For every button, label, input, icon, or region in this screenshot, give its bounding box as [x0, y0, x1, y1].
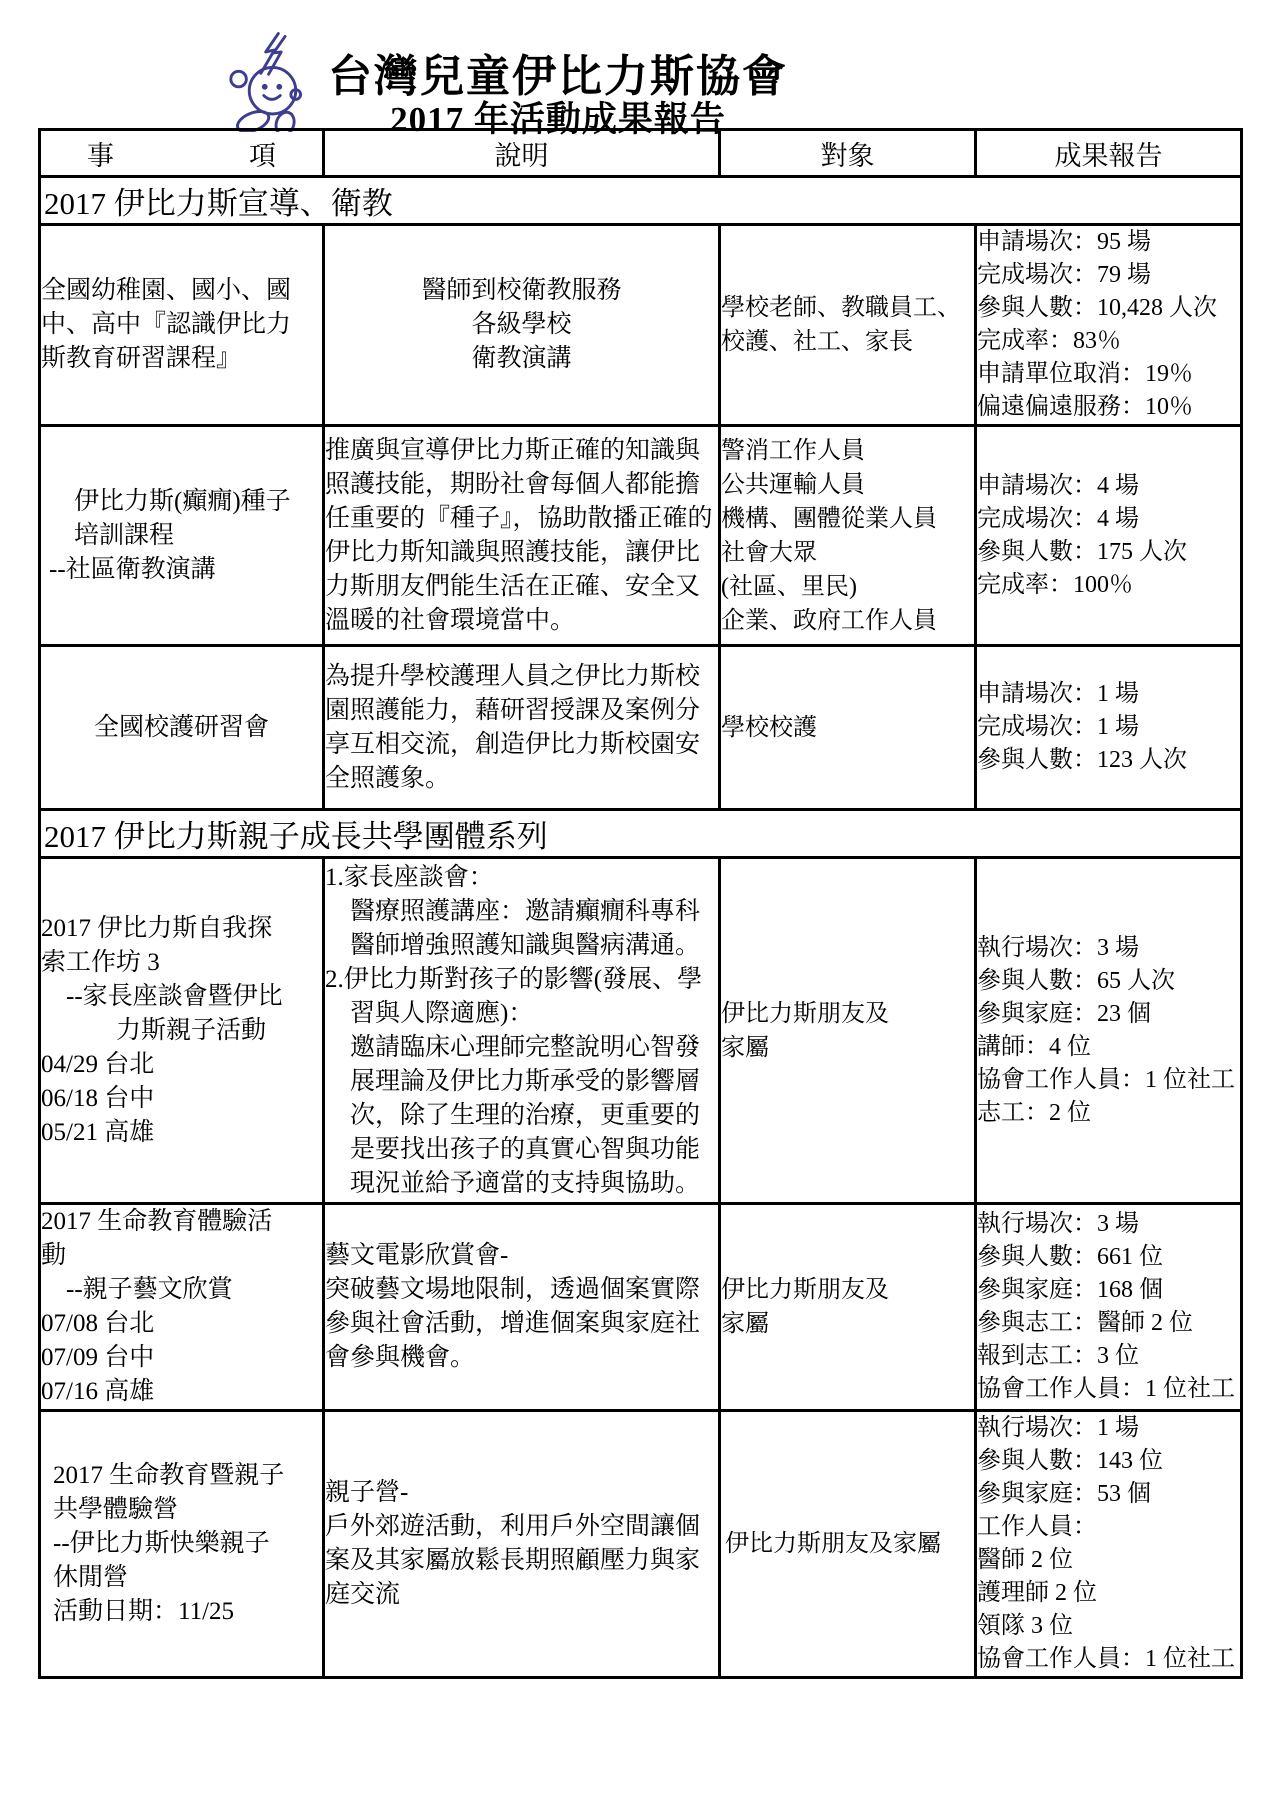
cell-result: 執行場次：1 場 參與人數：143 位 參與家庭：53 個 工作人員： 醫師 2… [976, 1411, 1242, 1678]
section-title: 2017 伊比力斯宣導、衛教 [40, 177, 1242, 225]
table-header-row: 事 項 說明 對象 成果報告 [40, 130, 1242, 177]
table-row: 伊比力斯(癲癇)種子 培訓課程 --社區衛教演講 推廣與宣導伊比力斯正確的知識與… [40, 426, 1242, 646]
cell-description: 推廣與宣導伊比力斯正確的知識與 照護技能，期盼社會每個人都能擔 任重要的『種子』… [324, 426, 720, 646]
cell-result: 執行場次：3 場 參與人數：661 位 參與家庭：168 個 參與志工：醫師 2… [976, 1204, 1242, 1411]
section-title-row: 2017 伊比力斯宣導、衛教 [40, 177, 1242, 225]
cell-item: 2017 伊比力斯自我探 索工作坊 3 --家長座談會暨伊比 力斯親子活動 04… [40, 858, 324, 1204]
cell-result: 申請場次：1 場 完成場次：1 場 參與人數：123 人次 [976, 646, 1242, 810]
cell-item: 全國幼稚園、國小、國 中、高中『認識伊比力 斯教育研習課程』 [40, 225, 324, 426]
cell-description: 為提升學校護理人員之伊比力斯校 園照護能力，藉研習授課及案例分 享互相交流，創造… [324, 646, 720, 810]
table-row: 全國校護研習會 為提升學校護理人員之伊比力斯校 園照護能力，藉研習授課及案例分 … [40, 646, 1242, 810]
cell-item: 伊比力斯(癲癇)種子 培訓課程 --社區衛教演講 [40, 426, 324, 646]
cell-result: 申請場次：95 場 完成場次：79 場 參與人數：10,428 人次 完成率：8… [976, 225, 1242, 426]
cell-description: 醫師到校衛教服務 各級學校 衛教演講 [324, 225, 720, 426]
cell-target: 伊比力斯朋友及家屬 [720, 1411, 976, 1678]
cell-item: 2017 生命教育暨親子 共學體驗營 --伊比力斯快樂親子 休閒營 活動日期：1… [40, 1411, 324, 1678]
header-target: 對象 [720, 130, 976, 177]
table-row: 2017 生命教育體驗活 動 --親子藝文欣賞 07/08 台北 07/09 台… [40, 1204, 1242, 1411]
cell-result: 執行場次：3 場 參與人數：65 人次 參與家庭：23 個 講師：4 位 協會工… [976, 858, 1242, 1204]
cell-target: 學校校護 [720, 646, 976, 810]
header-item: 事 項 [40, 130, 324, 177]
epilepsy-mascot-icon [226, 30, 318, 132]
cell-target: 警消工作人員 公共運輸人員 機構、團體從業人員 社會大眾 (社區、里民) 企業、… [720, 426, 976, 646]
cell-target: 學校老師、教職員工、 校護、社工、家長 [720, 225, 976, 426]
table-row: 全國幼稚園、國小、國 中、高中『認識伊比力 斯教育研習課程』 醫師到校衛教服務 … [40, 225, 1242, 426]
table-row: 2017 生命教育暨親子 共學體驗營 --伊比力斯快樂親子 休閒營 活動日期：1… [40, 1411, 1242, 1678]
cell-target: 伊比力斯朋友及 家屬 [720, 858, 976, 1204]
results-table: 事 項 說明 對象 成果報告 2017 伊比力斯宣導、衛教 全國幼稚園、國小、國… [38, 128, 1243, 1679]
page: 台灣兒童伊比力斯協會 2017 年活動成果報告 事 項 說明 對象 成果報告 2… [0, 0, 1274, 1801]
cell-target: 伊比力斯朋友及 家屬 [720, 1204, 976, 1411]
cell-item: 全國校護研習會 [40, 646, 324, 810]
cell-description: 藝文電影欣賞會- 突破藝文場地限制，透過個案實際 參與社會活動，增進個案與家庭社… [324, 1204, 720, 1411]
header-result: 成果報告 [976, 130, 1242, 177]
cell-item: 2017 生命教育體驗活 動 --親子藝文欣賞 07/08 台北 07/09 台… [40, 1204, 324, 1411]
table-row: 2017 伊比力斯自我探 索工作坊 3 --家長座談會暨伊比 力斯親子活動 04… [40, 858, 1242, 1204]
cell-result: 申請場次：4 場 完成場次：4 場 參與人數：175 人次 完成率：100％ [976, 426, 1242, 646]
section-title-row: 2017 伊比力斯親子成長共學團體系列 [40, 810, 1242, 858]
cell-description: 1.家長座談會： 醫療照護講座：邀請癲癇科專科 醫師增強照護知識與醫病溝通。 2… [324, 858, 720, 1204]
cell-description: 親子營- 戶外郊遊活動，利用戶外空間讓個 案及其家屬放鬆長期照顧壓力與家 庭交流 [324, 1411, 720, 1678]
header-description: 說明 [324, 130, 720, 177]
section-title: 2017 伊比力斯親子成長共學團體系列 [40, 810, 1242, 858]
